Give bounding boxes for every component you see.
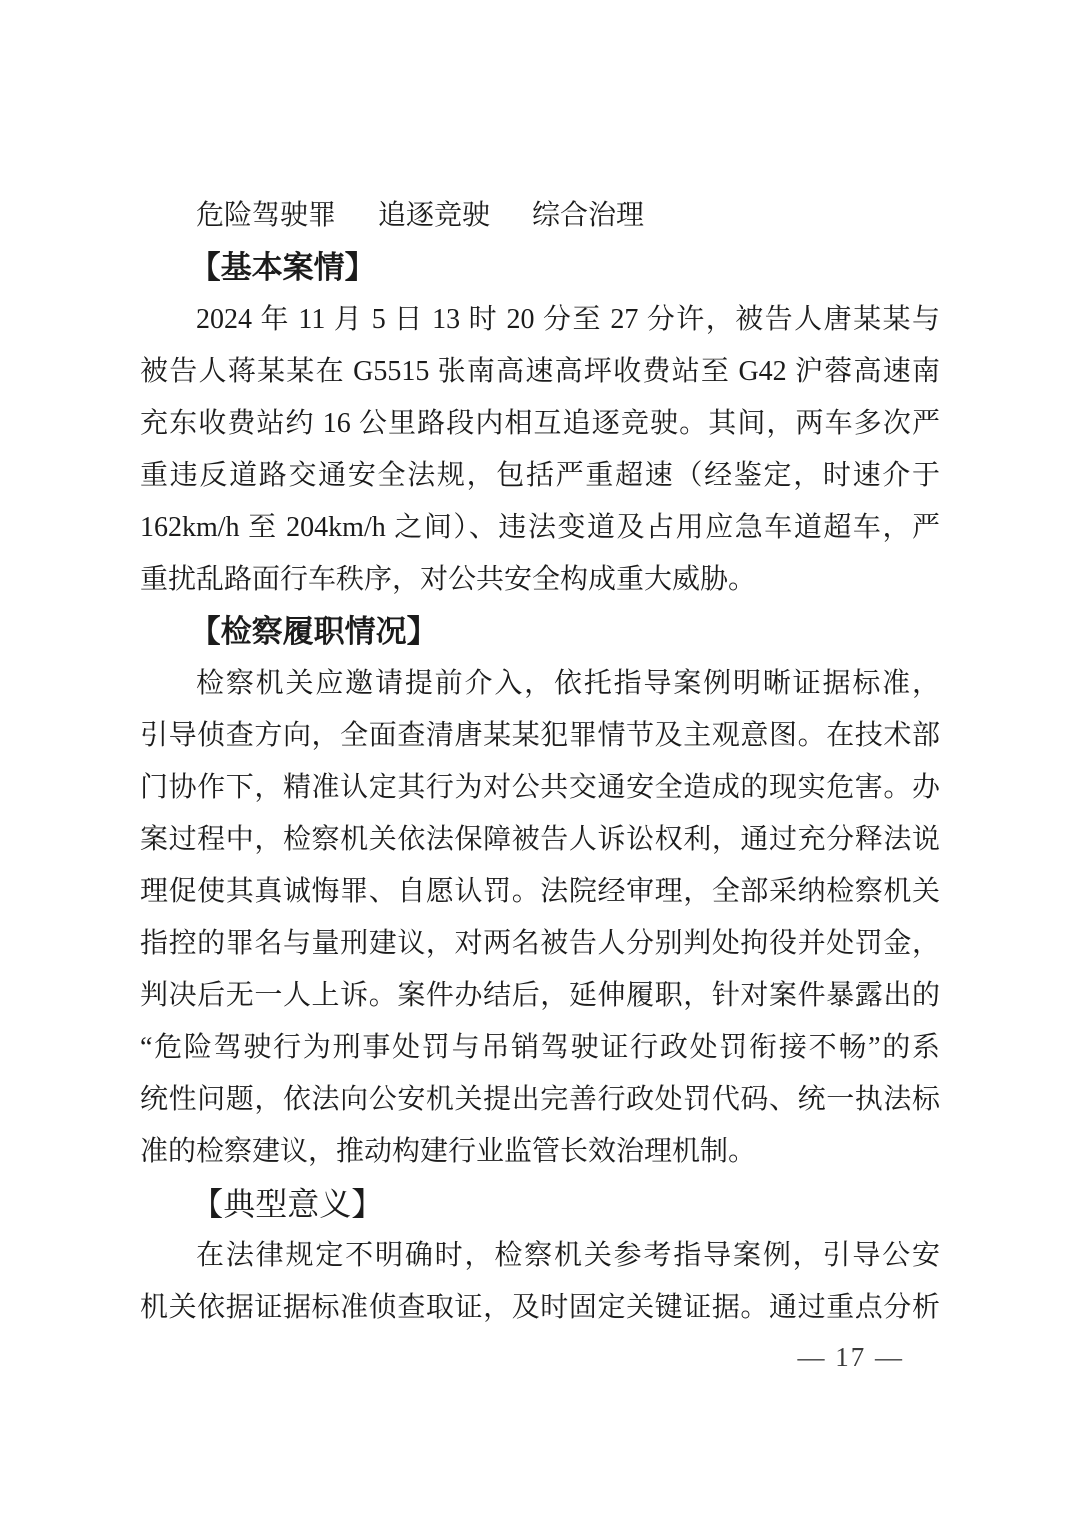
paragraph: 2024 年 11 月 5 日 13 时 20 分至 27 分许，被告人唐某某与…: [140, 294, 940, 606]
text-line: 统性问题，依法向公安机关提出完善行政处罚代码、统一执法标: [140, 1074, 940, 1126]
document-sections: 【基本案情】2024 年 11 月 5 日 13 时 20 分至 27 分许，被…: [140, 242, 940, 1334]
keyword: 危险驾驶罪: [196, 200, 336, 231]
text-line: 案过程中，检察机关依法保障被告人诉讼权利，通过充分释法说: [140, 814, 940, 866]
paragraph: 检察机关应邀请提前介入，依托指导案例明晰证据标准，引导侦查方向，全面查清唐某某犯…: [140, 658, 940, 1178]
text-line: 引导侦查方向，全面查清唐某某犯罪情节及主观意图。在技术部: [140, 710, 940, 762]
keyword: 综合治理: [532, 200, 644, 231]
text-line: 重违反道路交通安全法规，包括严重超速（经鉴定，时速介于: [140, 450, 940, 502]
section-heading: 【检察履职情况】: [140, 606, 940, 658]
section: 【检察履职情况】检察机关应邀请提前介入，依托指导案例明晰证据标准，引导侦查方向，…: [140, 606, 940, 1178]
keyword: 追逐竞驶: [378, 200, 490, 231]
document-body: 危险驾驶罪追逐竞驶综合治理 【基本案情】2024 年 11 月 5 日 13 时…: [140, 190, 940, 1334]
text-line: 2024 年 11 月 5 日 13 时 20 分至 27 分许，被告人唐某某与: [140, 294, 940, 346]
text-line: 检察机关应邀请提前介入，依托指导案例明晰证据标准，: [140, 658, 940, 710]
section-heading: 【典型意义】: [140, 1178, 940, 1230]
paragraph: 在法律规定不明确时，检察机关参考指导案例，引导公安机关依据证据标准侦查取证，及时…: [140, 1230, 940, 1334]
text-line: 准的检察建议，推动构建行业监管长效治理机制。: [140, 1126, 940, 1178]
text-line: 机关依据证据标准侦查取证，及时固定关键证据。通过重点分析: [140, 1282, 940, 1334]
section: 【基本案情】2024 年 11 月 5 日 13 时 20 分至 27 分许，被…: [140, 242, 940, 606]
text-line: “危险驾驶行为刑事处罚与吊销驾驶证行政处罚衔接不畅”的系: [140, 1022, 940, 1074]
text-line: 判决后无一人上诉。案件办结后，延伸履职，针对案件暴露出的: [140, 970, 940, 1022]
keywords-line: 危险驾驶罪追逐竞驶综合治理: [140, 190, 940, 242]
text-line: 理促使其真诚悔罪、自愿认罚。法院经审理，全部采纳检察机关: [140, 866, 940, 918]
text-line: 在法律规定不明确时，检察机关参考指导案例，引导公安: [140, 1230, 940, 1282]
page-number: — 17 —: [798, 1342, 905, 1372]
text-line: 被告人蒋某某在 G5515 张南高速高坪收费站至 G42 沪蓉高速南: [140, 346, 940, 398]
text-line: 指控的罪名与量刑建议，对两名被告人分别判处拘役并处罚金，: [140, 918, 940, 970]
text-line: 重扰乱路面行车秩序，对公共安全构成重大威胁。: [140, 554, 940, 606]
text-line: 162km/h 至 204km/h 之间）、违法变道及占用应急车道超车，严: [140, 502, 940, 554]
section: 【典型意义】在法律规定不明确时，检察机关参考指导案例，引导公安机关依据证据标准侦…: [140, 1178, 940, 1334]
text-line: 充东收费站约 16 公里路段内相互追逐竞驶。其间，两车多次严: [140, 398, 940, 450]
text-line: 门协作下，精准认定其行为对公共交通安全造成的现实危害。办: [140, 762, 940, 814]
section-heading: 【基本案情】: [140, 242, 940, 294]
document-page: 危险驾驶罪追逐竞驶综合治理 【基本案情】2024 年 11 月 5 日 13 时…: [0, 0, 1074, 1520]
